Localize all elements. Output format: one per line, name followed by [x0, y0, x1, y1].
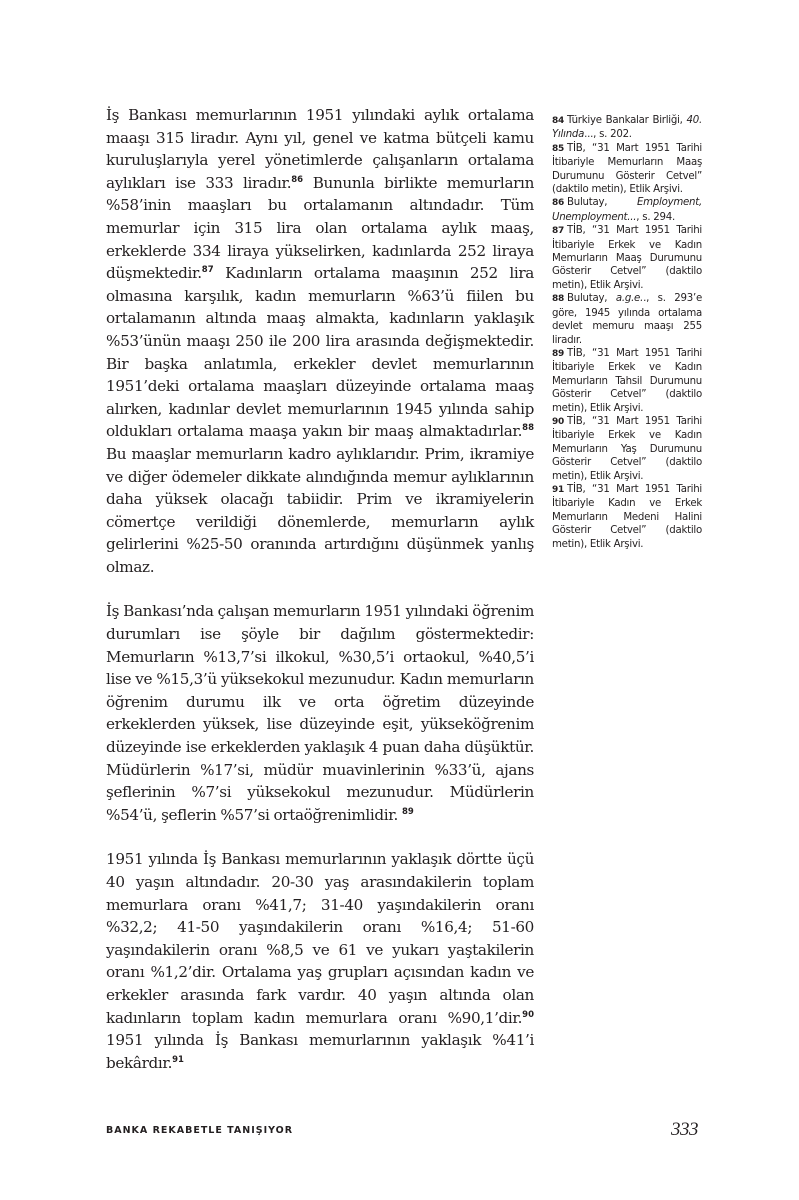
footnote-86: 86Bulutay, Employment, Unemployment..., …: [552, 196, 702, 224]
page-number: 333: [671, 1119, 698, 1141]
footnote-number: 91: [552, 485, 564, 495]
footnote-91: 91TİB, “31 Mart 1951 Tarihi İtibariyle K…: [552, 483, 702, 551]
footnote-ref-88[interactable]: 88: [522, 423, 534, 433]
footnote-90: 90TİB, “31 Mart 1951 Tarihi İtibariyle E…: [552, 415, 702, 483]
footnote-ref-89[interactable]: 89: [402, 807, 414, 817]
footnote-number: 86: [552, 198, 564, 208]
paragraph-age-distribution: 1951 yılında İş Bankası memurlarının yak…: [106, 848, 534, 1074]
running-title: BANKA REKABETLE TANIŞIYOR: [106, 1125, 293, 1136]
footnotes-column: 84Türkiye Bankalar Birliği, 40. Yılında.…: [552, 114, 702, 551]
cited-title: 40. Yılında: [552, 115, 702, 140]
footnote-number: 85: [552, 144, 564, 154]
footnote-ref-90[interactable]: 90: [522, 1010, 534, 1020]
footnote-85: 85TİB, “31 Mart 1951 Tarihi İtibariyle M…: [552, 142, 702, 197]
cited-title: Employment, Unemployment...: [552, 197, 702, 222]
paragraph-salaries: İş Bankası memurlarının 1951 yılındaki a…: [106, 104, 534, 578]
cited-title: a.g.e.: [616, 293, 643, 304]
footnote-ref-87[interactable]: 87: [202, 265, 214, 275]
footnote-number: 90: [552, 417, 564, 427]
footnote-number: 89: [552, 349, 564, 359]
footnote-84: 84Türkiye Bankalar Birliği, 40. Yılında.…: [552, 114, 702, 142]
footnote-number: 88: [552, 294, 564, 304]
footnote-ref-91[interactable]: 91: [172, 1055, 184, 1065]
footnote-89: 89TİB, “31 Mart 1951 Tarihi İtibariyle E…: [552, 347, 702, 415]
footnote-88: 88Bulutay, a.g.e.., s. 293’e göre, 1945 …: [552, 292, 702, 347]
footnote-number: 87: [552, 226, 564, 236]
paragraph-education: İş Bankası’nda çalışan memurların 1951 y…: [106, 600, 534, 826]
footnote-number: 84: [552, 116, 564, 126]
main-body-text: İş Bankası memurlarının 1951 yılındaki a…: [106, 104, 534, 1074]
footnote-87: 87TİB, “31 Mart 1951 Tarihi İtibariyle E…: [552, 224, 702, 292]
footnote-ref-86[interactable]: 86: [291, 175, 303, 185]
